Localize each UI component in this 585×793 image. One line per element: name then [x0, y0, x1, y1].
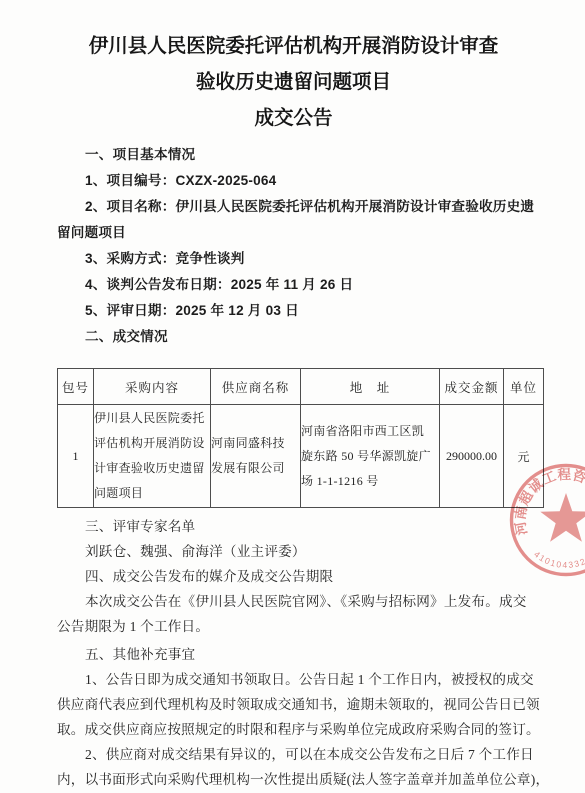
table-header-amount: 成交金额 — [440, 369, 504, 405]
section-heading-3: 三、评审专家名单 — [57, 514, 530, 539]
table-header-row: 包号 采购内容 供应商名称 地 址 成交金额 单位 — [58, 369, 544, 405]
supplement-1-line-2: 供应商代表应到代理机构及时领取成交通知书，逾期未领取的，视同公告日已领 — [57, 692, 530, 717]
supplier-cell-line: 河南同盛科技 — [211, 431, 300, 456]
media-line-2: 公告期限为 1 个工作日。 — [57, 614, 530, 639]
review-date-line: 5、评审日期：2025 年 12 月 03 日 — [57, 298, 530, 324]
package-no-cell: 1 — [58, 405, 94, 508]
doc-title-line-3: 成交公告 — [57, 100, 530, 136]
section-heading-5: 五、其他补充事宜 — [57, 642, 530, 667]
address-cell-line: 旋东路 50 号华源凯旋广 — [301, 444, 439, 469]
section-heading-4: 四、成交公告发布的媒介及成交公告期限 — [57, 564, 530, 589]
document-content: 伊川县人民医院委托评估机构开展消防设计审查 验收历史遗留问题项目 成交公告 一、… — [0, 0, 585, 792]
address-cell: 河南省洛阳市西工区凯 旋东路 50 号华源凯旋广 场 1-1-1216 号 — [301, 405, 440, 508]
document-title: 伊川县人民医院委托评估机构开展消防设计审查 验收历史遗留问题项目 成交公告 — [57, 28, 530, 136]
content-cell: 伊川县人民医院委托 评估机构开展消防设 计审查验收历史遗留 问题项目 — [94, 405, 211, 508]
address-cell-line: 河南省洛阳市西工区凯 — [301, 419, 439, 444]
section-heading-2: 二、成交情况 — [57, 324, 530, 350]
project-number-line: 1、项目编号：CXZX-2025-064 — [57, 168, 530, 194]
content-cell-line: 伊川县人民医院委托 — [94, 406, 210, 431]
doc-title-line-1: 伊川县人民医院委托评估机构开展消防设计审查 — [57, 28, 530, 64]
notice-date-line: 4、谈判公告发布日期：2025 年 11 月 26 日 — [57, 272, 530, 298]
content-cell-line: 评估机构开展消防设 — [94, 431, 210, 456]
table-header-unit: 单位 — [504, 369, 544, 405]
supplement-2-line-1: 2、供应商对成交结果有异议的，可以在本成交公告发布之日后 7 个工作日 — [57, 742, 530, 767]
supplement-2-line-2: 内，以书面形式向采购代理机构一次性提出质疑(法人签字盖章并加盖单位公章)， — [57, 767, 530, 792]
award-table: 包号 采购内容 供应商名称 地 址 成交金额 单位 1 伊川县人民医院委托 评估… — [57, 368, 544, 508]
amount-cell: 290000.00 — [440, 405, 504, 508]
project-name-line-2: 留问题项目 — [57, 220, 530, 246]
supplement-1-line-1: 1、公告日即为成交通知书领取日。公告日起 1 个工作日内，被授权的成交 — [57, 667, 530, 692]
content-cell-line: 计审查验收历史遗留 — [94, 456, 210, 481]
media-line-1: 本次成交公告在《伊川县人民医院官网》、《采购与招标网》上发布。成交 — [57, 589, 530, 614]
content-cell-line: 问题项目 — [94, 481, 210, 506]
table-header-package: 包号 — [58, 369, 94, 405]
announcement-document: 伊川县人民医院委托评估机构开展消防设计审查 验收历史遗留问题项目 成交公告 一、… — [0, 0, 585, 793]
unit-cell: 元 — [504, 405, 544, 508]
table-row: 1 伊川县人民医院委托 评估机构开展消防设 计审查验收历史遗留 问题项目 河南同… — [58, 405, 544, 508]
table-header-address: 地 址 — [301, 369, 440, 405]
experts-line: 刘跃仓、魏强、俞海洋（业主评委） — [57, 539, 530, 564]
procurement-method-line: 3、采购方式：竞争性谈判 — [57, 246, 530, 272]
address-cell-line: 场 1-1-1216 号 — [301, 469, 439, 494]
supplier-cell-line: 发展有限公司 — [211, 456, 300, 481]
section-heading-1: 一、项目基本情况 — [57, 142, 530, 168]
project-name-line-1: 2、项目名称：伊川县人民医院委托评估机构开展消防设计审查验收历史遗 — [57, 194, 530, 220]
table-header-content: 采购内容 — [94, 369, 211, 405]
table-header-supplier: 供应商名称 — [211, 369, 301, 405]
supplement-1-line-3: 取。成交供应商应按照规定的时限和程序与采购单位完成政府采购合同的签订。 — [57, 717, 530, 742]
supplier-cell: 河南同盛科技 发展有限公司 — [211, 405, 301, 508]
doc-title-line-2: 验收历史遗留问题项目 — [57, 64, 530, 100]
